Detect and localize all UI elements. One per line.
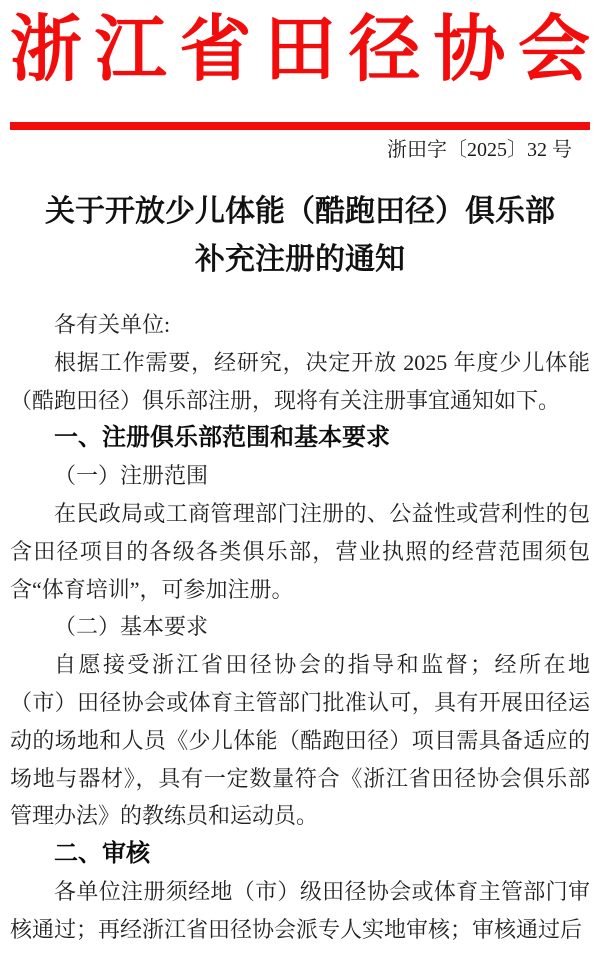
subheading-registration-scope: （一）注册范围 [10,457,590,495]
official-document-page: 浙江省田径协会 浙田字〔2025〕32 号 关于开放少儿体能（酷跑田径）俱乐部 … [0,0,600,963]
section-heading-registration-scope: 一、注册俱乐部范围和基本要求 [10,419,590,457]
paragraph-registration-scope: 在民政局或工商管理部门注册的、公益性或营利性的包含田径项目的各级各类俱乐部，营业… [10,495,590,608]
red-divider-rule [10,122,590,130]
paragraph-intro: 根据工作需要，经研究，决定开放 2025 年度少儿体能（酷跑田径）俱乐部注册，现… [10,344,590,420]
letterhead-org-name: 浙江省田径协会 [10,6,590,94]
section-heading-review: 二、审核 [10,835,590,873]
subheading-basic-requirements: （二）基本要求 [10,608,590,646]
doc-body: 各有关单位: 根据工作需要，经研究，决定开放 2025 年度少儿体能（酷跑田径）… [10,306,590,949]
paragraph-review-process: 各单位注册须经地（市）级田径协会或体育主管部门审核通过；再经浙江省田径协会派专人… [10,873,590,949]
paragraph-basic-requirements: 自愿接受浙江省田径协会的指导和监督；经所在地（市）田径协会或体育主管部门批准认可… [10,646,590,835]
salutation: 各有关单位: [10,306,590,344]
doc-title-line1: 关于开放少儿体能（酷跑田径）俱乐部 [10,188,590,236]
doc-title-line2: 补充注册的通知 [10,236,590,284]
doc-title: 关于开放少儿体能（酷跑田径）俱乐部 补充注册的通知 [10,188,590,284]
doc-reference-number: 浙田字〔2025〕32 号 [10,137,590,164]
